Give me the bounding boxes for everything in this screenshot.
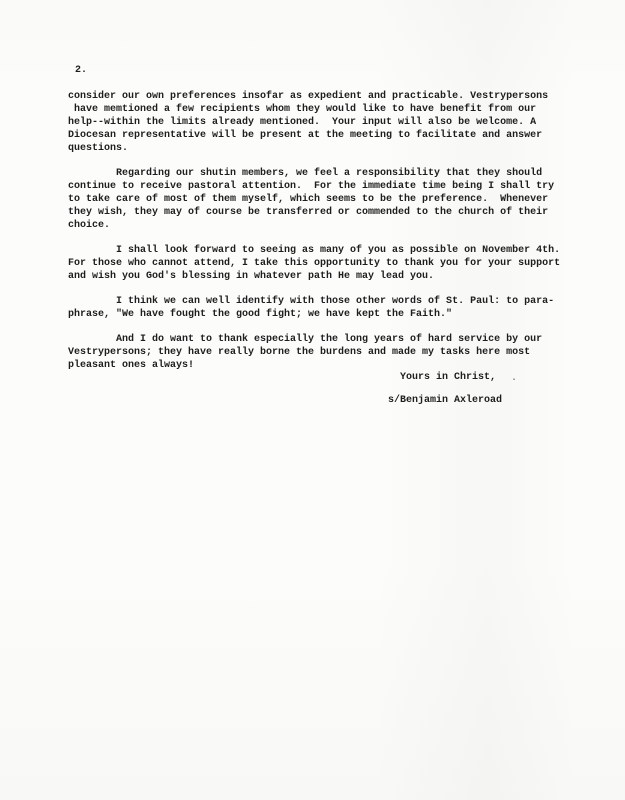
letter-line: phrase, "We have fought the good fight; …	[68, 308, 588, 321]
letter-paragraph: Regarding our shutin members, we feel a …	[68, 167, 588, 232]
letter-line: Diocesan representative will be present …	[68, 129, 588, 142]
letter-line: and wish you God's blessing in whatever …	[68, 270, 588, 283]
letter-line: questions.	[68, 142, 588, 155]
letter-line: I think we can well identify with those …	[68, 295, 588, 308]
letter-paragraph: I think we can well identify with those …	[68, 295, 588, 321]
letter-line: I shall look forward to seeing as many o…	[68, 244, 588, 257]
letter-paragraph: consider our own preferences insofar as …	[68, 90, 588, 155]
signature-line: s/Benjamin Axleroad	[388, 394, 502, 407]
letter-line: they wish, they may of course be transfe…	[68, 206, 588, 219]
letter-line: choice.	[68, 219, 588, 232]
closing-salutation: Yours in Christ,	[400, 371, 496, 384]
letter-line: And I do want to thank especially the lo…	[68, 333, 588, 346]
letter-line: Regarding our shutin members, we feel a …	[68, 167, 588, 180]
letter-line: continue to receive pastoral attention. …	[68, 180, 588, 193]
letter-line: have memtioned a few recipients whom the…	[68, 103, 588, 116]
letter-line: help--within the limits already mentione…	[68, 116, 588, 129]
letter-line: For those who cannot attend, I take this…	[68, 257, 588, 270]
letter-body: consider our own preferences insofar as …	[68, 90, 588, 384]
page-number: 2.	[75, 64, 87, 77]
letter-line: Vestrypersons; they have really borne th…	[68, 346, 588, 359]
letter-line: consider our own preferences insofar as …	[68, 90, 588, 103]
letter-line: to take care of most of them myself, whi…	[68, 193, 588, 206]
letter-paragraph: And I do want to thank especially the lo…	[68, 333, 588, 372]
scan-stray-mark: .	[511, 372, 517, 385]
letter-line: pleasant ones always!	[68, 359, 588, 372]
letter-paragraph: I shall look forward to seeing as many o…	[68, 244, 588, 283]
